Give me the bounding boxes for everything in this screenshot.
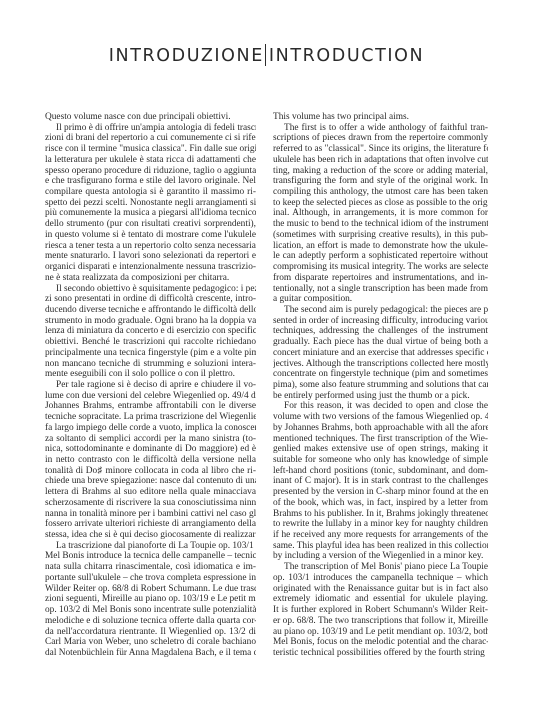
- text-line: riesca a tener testa a un repertorio col…: [45, 241, 256, 252]
- text-line: tentionally, not a single transcription …: [273, 284, 488, 295]
- text-line: op. 103/2 di Mel Bonis sono incentrate s…: [45, 605, 256, 616]
- text-line: of the book, which was, in fact, inspire…: [273, 498, 488, 509]
- text-line: chiede una breve spiegazione: nasce dal …: [45, 476, 256, 487]
- text-line: concentrate on fingerstyle technique (pi…: [273, 369, 488, 380]
- text-line: fa largo impiego delle corde a vuoto, im…: [45, 423, 256, 434]
- text-line: volume with two versions of the famous W…: [273, 412, 488, 423]
- text-line: Il secondo obiettivo è squisitamente ped…: [45, 284, 256, 295]
- text-line: It is further explored in Robert Schuman…: [273, 605, 488, 616]
- text-line: più comunemente la musica a piegarsi all…: [45, 208, 256, 219]
- text-line: zioni seguenti, Mireille au piano op. 10…: [45, 594, 256, 605]
- text-line: er op. 68/8. The two transcriptions that…: [273, 616, 488, 627]
- text-line: lume con due versioni del celebre Wiegen…: [45, 391, 256, 402]
- text-line: concert miniature and an exercise that a…: [273, 348, 488, 359]
- text-line: This volume has two principal aims.: [273, 112, 488, 123]
- text-line: left-hand chord positions (tonic, subdom…: [273, 466, 488, 477]
- text-line: genlied makes extensive use of open stri…: [273, 444, 488, 455]
- text-line: in questo volume si è tentato di mostrar…: [45, 230, 256, 241]
- text-line: pima), some also feature strumming and s…: [273, 380, 488, 391]
- text-line: referred to as "classical". Since its or…: [273, 144, 488, 155]
- text-line: Mel Bonis, focus on the melodic potentia…: [273, 637, 488, 648]
- text-line: nica, sottodominante e dominante di Do m…: [45, 444, 256, 455]
- text-line: a guitar composition.: [273, 294, 488, 305]
- text-line: spetto dei pezzi scelti. Nonostante negl…: [45, 198, 256, 209]
- text-line: zioni di brani del repertorio a cui comu…: [45, 133, 256, 144]
- text-line: Brahms to his publisher. In it, Brahms j…: [273, 509, 488, 520]
- text-line: (sometimes with surprising creative resu…: [273, 230, 488, 241]
- text-line: obiettivi. Benché le trascrizioni qui ra…: [45, 337, 256, 348]
- text-line: Wilder Reiter op. 68/8 di Robert Schuman…: [45, 584, 256, 595]
- text-line: from disparate repertoires and instrumen…: [273, 273, 488, 284]
- text-line: mente eseguibili con il solo pollice o c…: [45, 369, 256, 380]
- text-line: inant of C major). It is in stark contra…: [273, 476, 488, 487]
- text-line: fossero arrivate ulteriori richieste di …: [45, 519, 256, 530]
- text-line: by including a version of the Wiegenlied…: [273, 551, 488, 562]
- title-english: INTRODUCTION: [269, 46, 424, 66]
- text-line: au piano op. 103/19 and Le petit mendian…: [273, 627, 488, 638]
- text-line: if he received any more requests for arr…: [273, 530, 488, 541]
- text-line: zi sono presentati in ordine di difficol…: [45, 294, 256, 305]
- text-line: ne è stata realizzata da composizioni pe…: [45, 273, 256, 284]
- text-line: inal. Although, in arrangements, it is m…: [273, 208, 488, 219]
- text-line: by Johannes Brahms, both approachable wi…: [273, 423, 488, 434]
- text-line: mentioned techniques. The first transcri…: [273, 434, 488, 445]
- text-line: sented in order of increasing difficulty…: [273, 316, 488, 327]
- text-line: techniques, addressing the challenges of…: [273, 326, 488, 337]
- text-line: in netto contrasto con le difficoltà del…: [45, 455, 256, 466]
- text-line: the music to bend to the technical idiom…: [273, 219, 488, 230]
- text-line: stessa, idea che si è qui deciso giocosa…: [45, 530, 256, 541]
- text-line: strumento in modo graduale. Ogni brano h…: [45, 316, 256, 327]
- text-line: ducendo diverse tecniche e affrontando l…: [45, 305, 256, 316]
- text-line: extremely idiomatic and essential for uk…: [273, 594, 488, 605]
- text-line: ukulele has been rich in adaptations tha…: [273, 155, 488, 166]
- text-line: Il primo è di offrire un'ampia antologia…: [45, 123, 256, 134]
- text-line: Mel Bonis introduce la tecnica delle cam…: [45, 551, 256, 562]
- text-line: nata sulla chitarra rinascimentale, così…: [45, 562, 256, 573]
- text-line: e che trasfigurano forma e stile del lav…: [45, 176, 256, 187]
- text-line: For this reason, it was decided to open …: [273, 401, 488, 412]
- english-column: This volume has two principal aims.The f…: [273, 112, 488, 659]
- text-line: portante sull'ukulele – che trova comple…: [45, 573, 256, 584]
- text-line: compiling this anthology, the utmost car…: [273, 187, 488, 198]
- text-line: Johannes Brahms, entrambe affrontabili c…: [45, 401, 256, 412]
- text-line: lettera di Brahms al suo editore nella q…: [45, 487, 256, 498]
- text-line: la letteratura per ukulele è stata ricca…: [45, 155, 256, 166]
- text-line: da nell'accordatura rientrante. Il Wiege…: [45, 627, 256, 638]
- text-line: za soltanto di semplici accordi per la m…: [45, 434, 256, 445]
- page-title: INTRODUZIONEINTRODUCTION: [0, 44, 533, 66]
- text-line: teristic technical possibilities offered…: [273, 648, 488, 659]
- text-line: melodiche e di soluzione tecnica offerte…: [45, 616, 256, 627]
- text-line: The first is to offer a wide anthology o…: [273, 123, 488, 134]
- text-line: mente snaturarlo. I lavori sono selezion…: [45, 251, 256, 262]
- text-line: scriptions of pieces drawn from the repe…: [273, 133, 488, 144]
- text-line: to rewrite the lullaby in a minor key fo…: [273, 519, 488, 530]
- text-line: scherzosamente di riscrivere la sua cono…: [45, 498, 256, 509]
- text-line: principalmente una tecnica fingerstyle (…: [45, 348, 256, 359]
- text-line: Questo volume nasce con due principali o…: [45, 112, 256, 123]
- text-line: La trascrizione dal pianoforte di La Tou…: [45, 541, 256, 552]
- text-line: compilare questa antologia si è garantit…: [45, 187, 256, 198]
- text-line: same. This playful idea has been realize…: [273, 541, 488, 552]
- text-line: ting, making a reduction of the score or…: [273, 166, 488, 177]
- text-line: compromising its musical integrity. The …: [273, 262, 488, 273]
- text-line: transfiguring the form and style of the …: [273, 176, 488, 187]
- text-line: dello strumento (pur con risultati creat…: [45, 219, 256, 230]
- text-line: presented by the version in C-sharp mino…: [273, 487, 488, 498]
- text-line: nanna in tonalità minore per i bambini c…: [45, 509, 256, 520]
- text-line: organici disparati e intenzionalmente ne…: [45, 262, 256, 273]
- text-line: Carl Maria von Weber, uno scheletro di c…: [45, 637, 256, 648]
- text-line: The transcription of Mel Bonis' piano pi…: [273, 562, 488, 573]
- text-line: lication, an effort is made to demonstra…: [273, 241, 488, 252]
- italian-column: Questo volume nasce con due principali o…: [45, 112, 256, 659]
- text-line: be entirely performed using just the thu…: [273, 391, 488, 402]
- text-line: non mancano tecniche di strumming e solu…: [45, 359, 256, 370]
- title-italian: INTRODUZIONE: [109, 46, 264, 66]
- text-line: suitable for someone who only has knowle…: [273, 455, 488, 466]
- text-line: op. 103/1 introduces the campanella tech…: [273, 573, 488, 584]
- text-line: jectives. Although the transcriptions co…: [273, 359, 488, 370]
- text-line: dal Notenbüchlein für Anna Magdalena Bac…: [45, 648, 256, 659]
- text-line: originated with the Renaissance guitar b…: [273, 584, 488, 595]
- text-line: tecniche sopracitate. La prima trascrizi…: [45, 412, 256, 423]
- text-line: Per tale ragione si è deciso di aprire e…: [45, 380, 256, 391]
- text-line: The second aim is purely pedagogical: th…: [273, 305, 488, 316]
- text-line: to keep the selected pieces as close as …: [273, 198, 488, 209]
- text-line: spesso operano procedure di riduzione, t…: [45, 166, 256, 177]
- title-divider: [265, 44, 266, 66]
- text-line: le can adeptly perform a sophisticated r…: [273, 251, 488, 262]
- text-line: tonalità di Do♯ minore collocata in coda…: [45, 466, 256, 477]
- text-line: gradually. Each piece has the dual virtu…: [273, 337, 488, 348]
- text-line: lenza di miniatura da concerto e di eser…: [45, 326, 256, 337]
- text-line: risce con il termine "musica classica". …: [45, 144, 256, 155]
